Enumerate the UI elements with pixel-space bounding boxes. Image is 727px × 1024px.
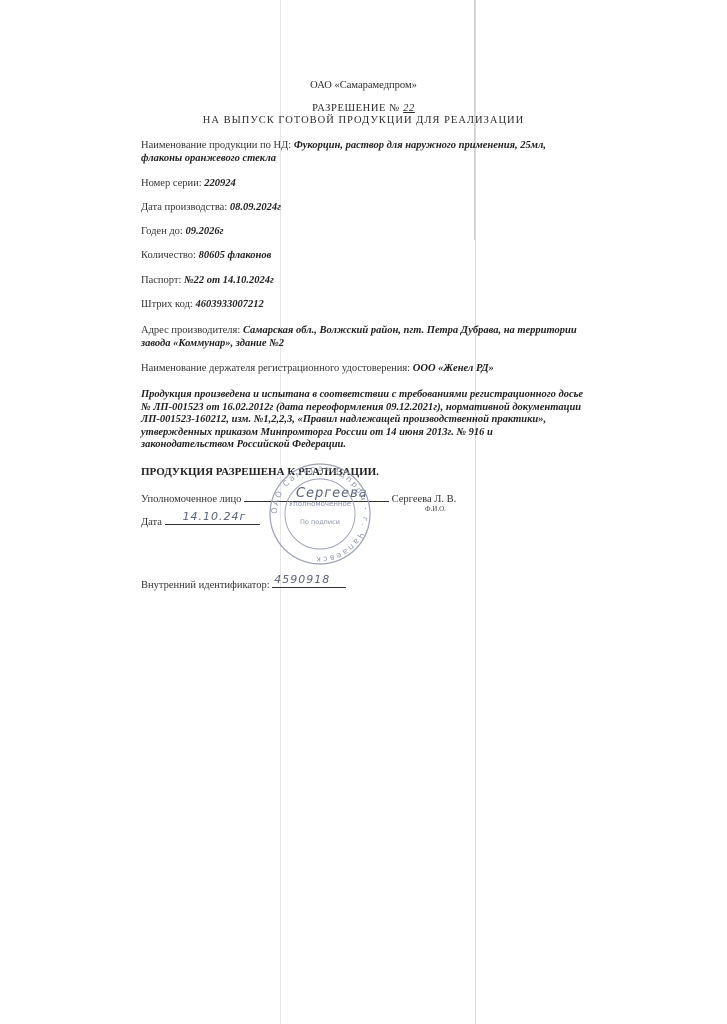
field-registration-holder: Наименование держателя регистрационного …: [141, 363, 494, 374]
internal-id-label: Внутренний идентификатор:: [141, 580, 270, 591]
field-label: Штрих код:: [141, 299, 193, 310]
field-value: 220924: [204, 178, 236, 189]
company-name: ОАО «Самарамедпром»: [0, 80, 727, 91]
field-value: №22 от 14.10.2024г: [184, 275, 274, 286]
field-value: 80605 флаконов: [199, 250, 272, 261]
field-production-date: Дата производства: 08.09.2024г: [141, 202, 281, 213]
field-label: Количество:: [141, 250, 196, 261]
compliance-line: Продукция произведена и испытана в соотв…: [141, 389, 611, 402]
compliance-line: утвержденных приказом Минпромторга Росси…: [141, 427, 611, 440]
compliance-line: ЛП-001523-160212, изм. №1,2,2,3, «Правил…: [141, 414, 611, 427]
compliance-paragraph: Продукция произведена и испытана в соотв…: [141, 389, 611, 452]
date-row: Дата 14.10.24г: [141, 513, 260, 528]
official-stamp: ОАО Самарамедпром · г. Чапаевск Уполномо…: [268, 462, 372, 566]
field-label: Адрес производителя:: [141, 325, 240, 336]
field-value: Фукорцин, раствор для наружного применен…: [294, 140, 546, 151]
internal-id-line: 4590918: [272, 576, 346, 588]
fio-caption: Ф.И.О.: [425, 505, 446, 513]
title-prefix: РАЗРЕШЕНИЕ №: [312, 103, 400, 114]
field-label: Номер серии:: [141, 178, 202, 189]
field-product-name-cont: флаконы оранжевого стекла: [141, 153, 276, 164]
field-passport: Паспорт: №22 от 14.10.2024г: [141, 275, 274, 286]
authorized-person-name: Сергеева Л. В.: [392, 494, 457, 505]
handwritten-date: 14.10.24г: [183, 510, 247, 523]
stamp-center-top: Уполномоченное: [289, 500, 351, 508]
field-label: Наименование продукции по НД:: [141, 140, 291, 151]
field-label: Паспорт:: [141, 275, 181, 286]
field-barcode: Штрих код: 4603933007212: [141, 299, 264, 310]
compliance-line: № ЛП-001523 от 16.02.2012г (дата переофо…: [141, 402, 611, 415]
field-product-name: Наименование продукции по НД: Фукорцин, …: [141, 140, 546, 151]
field-label: Наименование держателя регистрационного …: [141, 363, 410, 374]
date-line: 14.10.24г: [165, 513, 260, 525]
field-label: Годен до:: [141, 226, 183, 237]
compliance-line: законодательством Российской Федерации.: [141, 439, 611, 452]
field-value: 09.2026г: [185, 226, 223, 237]
field-label: Дата производства:: [141, 202, 227, 213]
field-value: ООО «Женел РД»: [413, 363, 494, 374]
title-number: 22: [403, 103, 415, 114]
field-value: 08.09.2024г: [230, 202, 281, 213]
document-subtitle: НА ВЫПУСК ГОТОВОЙ ПРОДУКЦИИ ДЛЯ РЕАЛИЗАЦ…: [0, 115, 727, 126]
field-value: Самарская обл., Волжский район, пгт. Пет…: [243, 325, 577, 336]
scan-artifact-line: [475, 0, 476, 1024]
internal-id-row: Внутренний идентификатор: 4590918: [141, 576, 346, 591]
field-value: 4603933007212: [195, 299, 263, 310]
field-manufacturer-address-cont: завода «Коммунар», здание №2: [141, 338, 284, 349]
handwritten-internal-id: 4590918: [274, 573, 330, 586]
authorized-person-label: Уполномоченное лицо: [141, 494, 241, 505]
document-title: РАЗРЕШЕНИЕ № 22: [0, 103, 727, 114]
field-quantity: Количество: 80605 флаконов: [141, 250, 271, 261]
field-series: Номер серии: 220924: [141, 178, 236, 189]
stamp-center-bottom: По подписи: [300, 518, 340, 526]
date-label: Дата: [141, 517, 162, 528]
field-manufacturer-address: Адрес производителя: Самарская обл., Вол…: [141, 325, 577, 336]
field-expiry: Годен до: 09.2026г: [141, 226, 224, 237]
